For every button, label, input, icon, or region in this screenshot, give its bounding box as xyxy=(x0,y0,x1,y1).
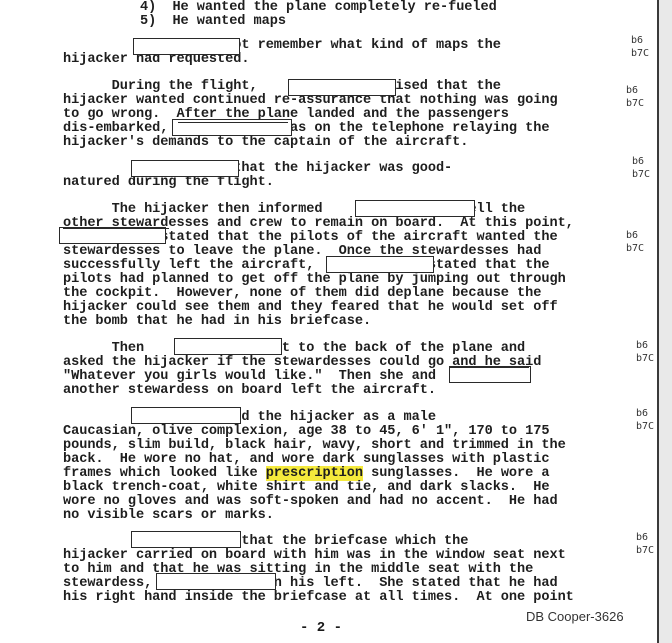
exemption-code: b6 b7C xyxy=(626,229,644,255)
text-line: hijacker carried on board with him was i… xyxy=(63,549,566,563)
text-line: Then went to the back of the plane and xyxy=(63,342,525,356)
text-line: his right hand inside the briefcase at a… xyxy=(63,591,574,605)
text-line: pilots had planned to get off the plane … xyxy=(63,273,566,287)
redaction-box xyxy=(133,38,240,55)
text-line: natured during the flight. xyxy=(63,176,274,190)
redaction-box xyxy=(449,366,531,383)
text-line: black trench-coat, white shirt and tie, … xyxy=(63,481,549,495)
underline-mark xyxy=(63,228,169,229)
text-line: wore no gloves and was soft-spoken and h… xyxy=(63,495,558,509)
document-stamp: DB Cooper-3626 xyxy=(526,609,624,624)
list-item: 4) He wanted the plane completely re-fue… xyxy=(140,1,497,15)
text-line: hijacker could see them and they feared … xyxy=(63,301,558,315)
page-number: - 2 - xyxy=(300,620,342,636)
text-line: described the hijacker as a male xyxy=(63,411,436,425)
redaction-box xyxy=(131,531,241,548)
text-line: During the flight, advised that the xyxy=(63,80,501,94)
text-line: frames which looked like prescription su… xyxy=(63,467,549,481)
redaction-box xyxy=(174,338,282,355)
exemption-code: b6 b7C xyxy=(636,407,654,433)
redaction-box xyxy=(156,573,276,590)
text-line: stated that the hijacker was good- xyxy=(63,162,452,176)
text-line: no visible scars or marks. xyxy=(63,509,274,523)
exemption-code: b6 b7C xyxy=(631,34,649,60)
underline-mark xyxy=(178,122,288,123)
exemption-code: b6 b7C xyxy=(636,339,654,365)
document-page: 4) He wanted the plane completely re-fue… xyxy=(0,0,657,643)
text-line: "Whatever you girls would like." Then sh… xyxy=(63,370,436,384)
text-line: hijacker had requested. xyxy=(63,53,249,67)
highlighted-word: prescription xyxy=(266,466,363,481)
text-line: hijacker wanted continued re-assurance t… xyxy=(63,94,558,108)
text-line: back. He wore no hat, and wore dark sung… xyxy=(63,453,549,467)
text-line: to him and that he was sitting in the mi… xyxy=(63,563,533,577)
text-line: stewardess, on his left. She stated that… xyxy=(63,577,558,591)
redaction-box xyxy=(59,227,166,244)
exemption-code: b6 b7C xyxy=(632,155,650,181)
text-line: could not remember what kind of maps the xyxy=(63,39,501,53)
text-line: dis-embarked, was on the telephone relay… xyxy=(63,122,549,136)
scroll-gutter[interactable] xyxy=(659,0,672,643)
redaction-box xyxy=(131,407,241,424)
exemption-code: b6 b7C xyxy=(636,531,654,557)
text-line: stewardesses to leave the plane. Once th… xyxy=(63,245,541,259)
text-line: another stewardess on board left the air… xyxy=(63,384,436,398)
text-line: the bomb that he had in his briefcase. xyxy=(63,315,371,329)
redaction-box xyxy=(131,160,239,177)
text-line: successfully left the aircraft, stated t… xyxy=(63,259,549,273)
text-line: pounds, slim build, black hair, wavy, sh… xyxy=(63,439,566,453)
exemption-code: b6 b7C xyxy=(626,84,644,110)
redaction-box xyxy=(326,256,434,273)
text-line: advised that the briefcase which the xyxy=(63,535,468,549)
redaction-box xyxy=(355,200,475,217)
text-line: hijacker's demands to the captain of the… xyxy=(63,136,468,150)
text-line: the cockpit. However, none of them did d… xyxy=(63,287,541,301)
list-item: 5) He wanted maps xyxy=(140,15,286,29)
underline-mark xyxy=(449,367,529,368)
text-line: Caucasian, olive complexion, age 38 to 4… xyxy=(63,425,549,439)
redaction-box xyxy=(288,79,396,96)
